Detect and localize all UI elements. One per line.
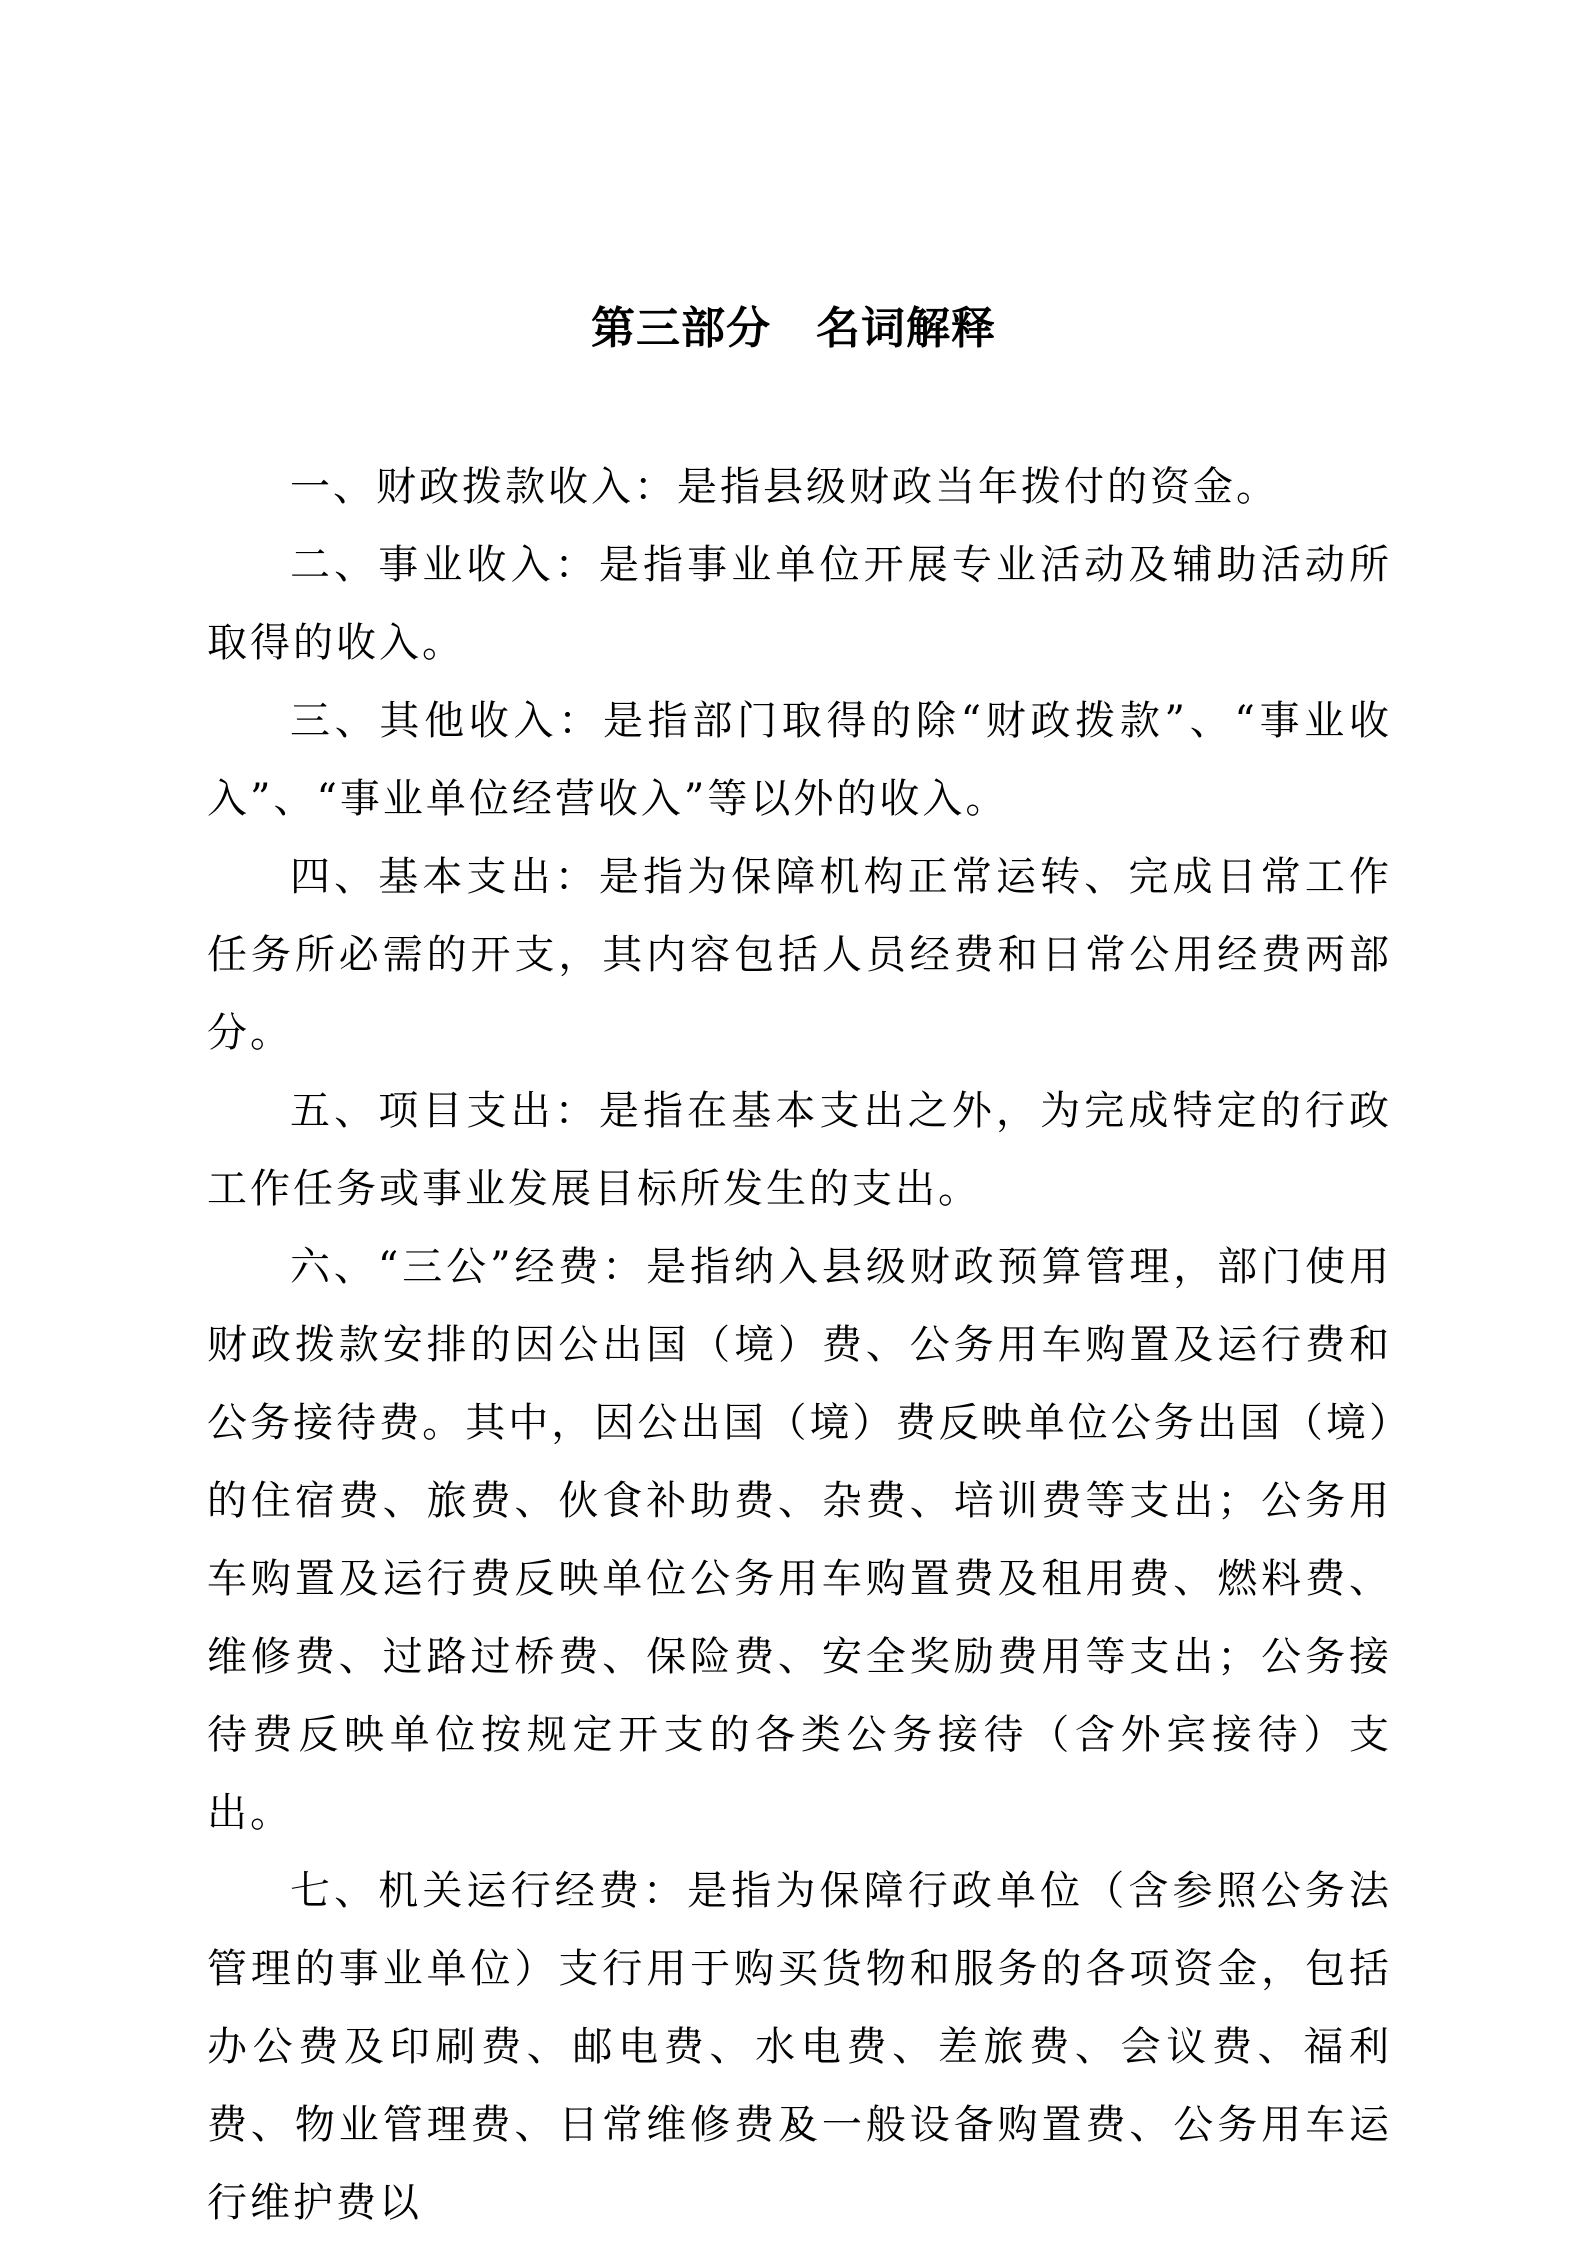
page-number: 8 <box>0 2113 1587 2139</box>
definition-paragraph-7: 七、机关运行经费：是指为保障行政单位（含参照公务法管理的事业单位）支行用于购买货… <box>207 1852 1392 2242</box>
definition-paragraph-3: 三、其他收入：是指部门取得的除“财政拨款”、“事业收入”、“事业单位经营收入”等… <box>207 682 1392 838</box>
definition-paragraph-4: 四、基本支出：是指为保障机构正常运转、完成日常工作任务所必需的开支，其内容包括人… <box>207 838 1392 1072</box>
definitions-body: 一、财政拨款收入：是指县级财政当年拨付的资金。 二、事业收入：是指事业单位开展专… <box>207 448 1392 2242</box>
definition-paragraph-1: 一、财政拨款收入：是指县级财政当年拨付的资金。 <box>207 448 1392 526</box>
section-title: 第三部分 名词解释 <box>0 292 1587 356</box>
definition-paragraph-6: 六、“三公”经费：是指纳入县级财政预算管理，部门使用财政拨款安排的因公出国（境）… <box>207 1228 1392 1852</box>
definition-paragraph-2: 二、事业收入：是指事业单位开展专业活动及辅助活动所取得的收入。 <box>207 526 1392 682</box>
document-page: 第三部分 名词解释 一、财政拨款收入：是指县级财政当年拨付的资金。 二、事业收入… <box>0 0 1587 2245</box>
definition-paragraph-5: 五、项目支出：是指在基本支出之外，为完成特定的行政工作任务或事业发展目标所发生的… <box>207 1072 1392 1228</box>
